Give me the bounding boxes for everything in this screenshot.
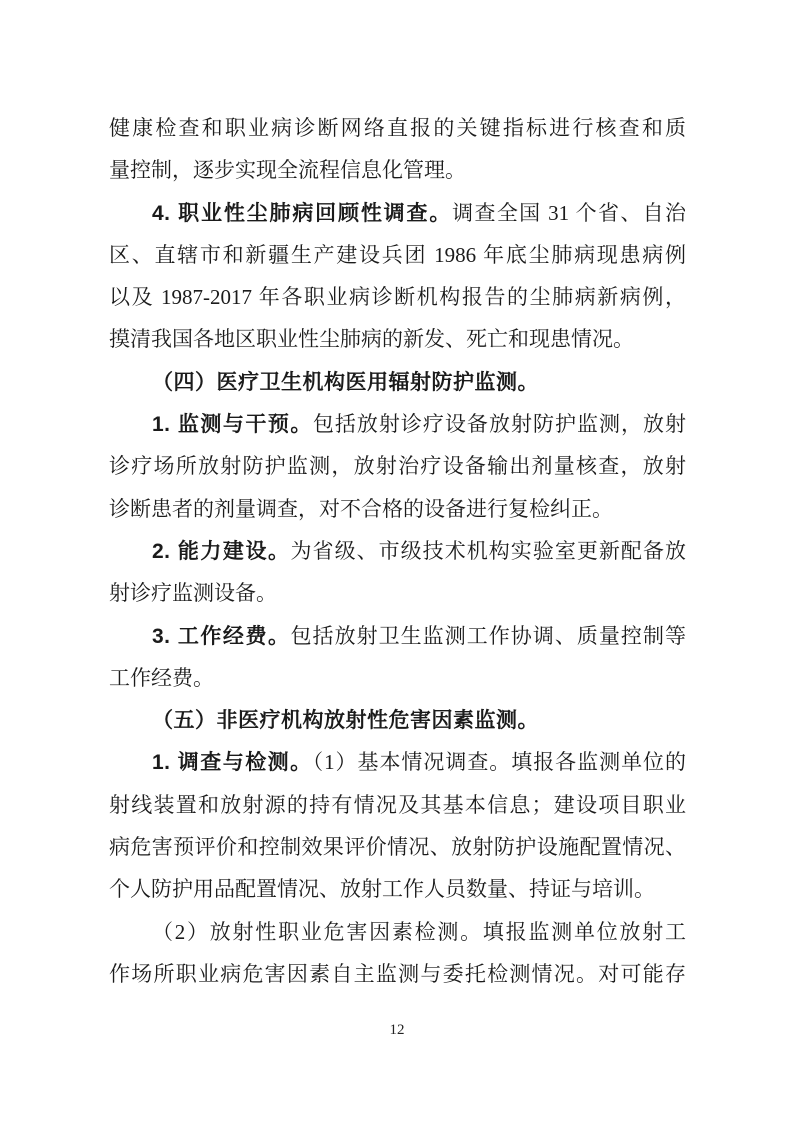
document-page: 健康检查和职业病诊断网络直报的关键指标进行核查和质量控制，逐步实现全流程信息化管…	[0, 0, 794, 1122]
body-text: （1）基本情况调查。填报各监测单位的	[313, 750, 686, 774]
body-text: 包括放射卫生监测工作协调、质量控制等	[291, 624, 686, 648]
heading-text: 1. 调查与检测。	[152, 751, 313, 774]
text-line: 4. 职业性尘肺病回顾性调查。调查全国 31 个省、自治	[109, 192, 686, 234]
heading-text: 4. 职业性尘肺病回顾性调查。	[152, 202, 452, 225]
text-line: 病危害预评价和控制效果评价情况、放射防护设施配置情况、	[109, 826, 686, 868]
text-line: 1. 监测与干预。包括放射诊疗设备放射防护监测，放射	[109, 403, 686, 445]
heading-text: （五）非医疗机构放射性危害因素监测。	[152, 709, 539, 732]
text-line: 摸清我国各地区职业性尘肺病的新发、死亡和现患情况。	[109, 318, 686, 360]
page-number: 12	[0, 1022, 794, 1039]
text-block: 健康检查和职业病诊断网络直报的关键指标进行核查和质量控制，逐步实现全流程信息化管…	[109, 107, 686, 995]
text-line: 以及 1987-2017 年各职业病诊断机构报告的尘肺病新病例，	[109, 276, 686, 318]
text-line: 诊断患者的剂量调查，对不合格的设备进行复检纠正。	[109, 488, 686, 530]
text-line: 诊疗场所放射防护监测，放射治疗设备输出剂量核查，放射	[109, 445, 686, 487]
body-text: 个人防护用品配置情况、放射工作人员数量、持证与培训。	[109, 877, 655, 901]
body-text: 工作经费。	[109, 666, 214, 690]
text-line: 2. 能力建设。为省级、市级技术机构实验室更新配备放	[109, 530, 686, 572]
text-line: 工作经费。	[109, 657, 686, 699]
text-line: 射线装置和放射源的持有情况及其基本信息；建设项目职业	[109, 784, 686, 826]
body-text: 射诊疗监测设备。	[109, 581, 277, 605]
text-line: 3. 工作经费。包括放射卫生监测工作协调、质量控制等	[109, 615, 686, 657]
body-text: 诊断患者的剂量调查，对不合格的设备进行复检纠正。	[109, 497, 613, 521]
text-line: 个人防护用品配置情况、放射工作人员数量、持证与培训。	[109, 868, 686, 910]
body-text: 病危害预评价和控制效果评价情况、放射防护设施配置情况、	[109, 835, 686, 859]
text-line: 1. 调查与检测。（1）基本情况调查。填报各监测单位的	[109, 741, 686, 783]
text-line: （五）非医疗机构放射性危害因素监测。	[109, 699, 686, 741]
body-text: 量控制，逐步实现全流程信息化管理。	[109, 158, 466, 182]
body-text: 健康检查和职业病诊断网络直报的关键指标进行核查和质	[109, 116, 686, 140]
body-text: 包括放射诊疗设备放射防护监测，放射	[313, 412, 686, 436]
text-line: 区、直辖市和新疆生产建设兵团 1986 年底尘肺病现患病例	[109, 234, 686, 276]
text-line: 射诊疗监测设备。	[109, 572, 686, 614]
body-text: 区、直辖市和新疆生产建设兵团 1986 年底尘肺病现患病例	[109, 243, 686, 267]
body-text: 诊疗场所放射防护监测，放射治疗设备输出剂量核查，放射	[109, 454, 686, 478]
body-text: 作场所职业病危害因素自主监测与委托检测情况。对可能存	[109, 962, 686, 986]
text-line: （四）医疗卫生机构医用辐射防护监测。	[109, 361, 686, 403]
text-line: 量控制，逐步实现全流程信息化管理。	[109, 149, 686, 191]
heading-text: 1. 监测与干预。	[152, 413, 313, 436]
body-text: 射线装置和放射源的持有情况及其基本信息；建设项目职业	[109, 793, 686, 817]
text-line: （2）放射性职业危害因素检测。填报监测单位放射工	[109, 911, 686, 953]
heading-text: 2. 能力建设。	[152, 540, 291, 563]
body-text: 摸清我国各地区职业性尘肺病的新发、死亡和现患情况。	[109, 327, 634, 351]
heading-text: 3. 工作经费。	[152, 625, 291, 648]
heading-text: （四）医疗卫生机构医用辐射防护监测。	[152, 371, 539, 394]
text-line: 作场所职业病危害因素自主监测与委托检测情况。对可能存	[109, 953, 686, 995]
body-text: 以及 1987-2017 年各职业病诊断机构报告的尘肺病新病例，	[109, 285, 686, 309]
text-line: 健康检查和职业病诊断网络直报的关键指标进行核查和质	[109, 107, 686, 149]
body-text: 为省级、市级技术机构实验室更新配备放	[291, 539, 686, 563]
body-text: （2）放射性职业危害因素检测。填报监测单位放射工	[152, 920, 686, 944]
body-text: 调查全国 31 个省、自治	[452, 201, 686, 225]
